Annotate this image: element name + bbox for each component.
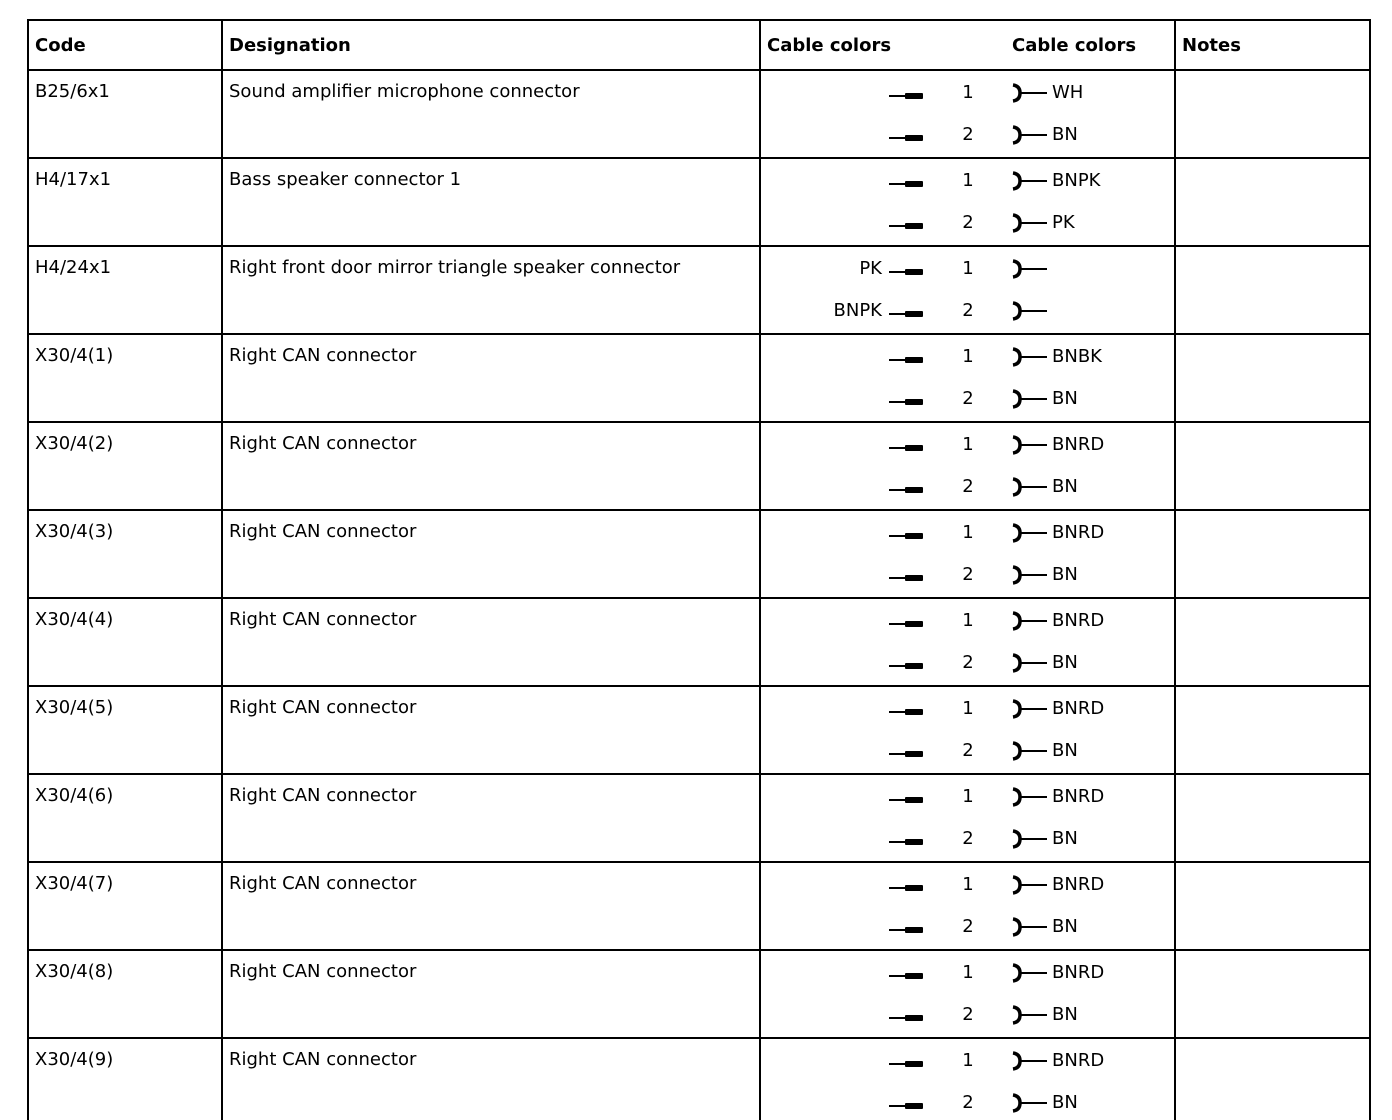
connector-designation: Right CAN connector bbox=[222, 1038, 760, 1120]
pin-assignments: PK 1 BNPK 2 bbox=[760, 246, 1175, 334]
female-socket-icon bbox=[1011, 652, 1049, 674]
pin-number: 1 bbox=[961, 434, 975, 455]
male-pin-icon bbox=[889, 445, 925, 451]
connector-designation: Right CAN connector bbox=[222, 774, 760, 862]
socket-side-wire-color: BN bbox=[1052, 652, 1078, 673]
connector-code: X30/4(4) bbox=[28, 598, 222, 686]
female-socket-icon bbox=[1011, 300, 1049, 322]
socket-side-wire-color: BNBK bbox=[1052, 346, 1102, 367]
connector-designation: Right CAN connector bbox=[222, 862, 760, 950]
male-pin-icon bbox=[889, 311, 925, 317]
pin-number: 1 bbox=[961, 874, 975, 895]
pin-list: PK 1 BNPK 2 bbox=[761, 247, 1174, 333]
male-pin-icon bbox=[889, 1103, 925, 1109]
female-socket-icon bbox=[1011, 82, 1049, 104]
female-socket-icon bbox=[1011, 564, 1049, 586]
table-row: X30/4(1) Right CAN connector 1 BNBK 2 BN bbox=[28, 334, 1370, 422]
table-row: X30/4(2) Right CAN connector 1 BNRD 2 BN bbox=[28, 422, 1370, 510]
male-pin-icon bbox=[889, 751, 925, 757]
pin-list: 1 BNRD 2 BN bbox=[761, 687, 1174, 773]
table-row: X30/4(8) Right CAN connector 1 BNRD 2 BN bbox=[28, 950, 1370, 1038]
pin-row: 1 BNRD bbox=[761, 425, 1174, 467]
female-socket-icon bbox=[1011, 610, 1049, 632]
pin-number: 2 bbox=[961, 740, 975, 761]
connector-designation: Right CAN connector bbox=[222, 510, 760, 598]
notes-cell bbox=[1175, 246, 1370, 334]
male-pin-icon bbox=[889, 1061, 925, 1067]
notes-cell bbox=[1175, 334, 1370, 422]
male-pin-icon bbox=[889, 927, 925, 933]
pin-list: 1 BNRD 2 BN bbox=[761, 599, 1174, 685]
connector-designation: Right front door mirror triangle speaker… bbox=[222, 246, 760, 334]
notes-cell bbox=[1175, 158, 1370, 246]
pin-number: 2 bbox=[961, 828, 975, 849]
female-socket-icon bbox=[1011, 962, 1049, 984]
pin-list: 1 BNRD 2 BN bbox=[761, 951, 1174, 1037]
male-pin-icon bbox=[889, 885, 925, 891]
female-socket-icon bbox=[1011, 1092, 1049, 1114]
pin-number: 2 bbox=[961, 300, 975, 321]
pin-assignments: 1 BNRD 2 BN bbox=[760, 1038, 1175, 1120]
socket-side-wire-color: BN bbox=[1052, 476, 1078, 497]
pin-number: 2 bbox=[961, 652, 975, 673]
header-cable-colors-right: Cable colors bbox=[1012, 35, 1136, 56]
pin-list: 1 BNRD 2 BN bbox=[761, 1039, 1174, 1120]
socket-side-wire-color: BNRD bbox=[1052, 522, 1104, 543]
socket-side-wire-color: BN bbox=[1052, 388, 1078, 409]
pin-row: 1 BNRD bbox=[761, 777, 1174, 819]
notes-cell bbox=[1175, 950, 1370, 1038]
female-socket-icon bbox=[1011, 828, 1049, 850]
notes-cell bbox=[1175, 598, 1370, 686]
pin-row: 1 WH bbox=[761, 73, 1174, 115]
connector-code: H4/17x1 bbox=[28, 158, 222, 246]
pin-assignments: 1 BNRD 2 BN bbox=[760, 686, 1175, 774]
pin-assignments: 1 BNBK 2 BN bbox=[760, 334, 1175, 422]
connector-code: X30/4(6) bbox=[28, 774, 222, 862]
socket-side-wire-color: BN bbox=[1052, 916, 1078, 937]
pin-number: 2 bbox=[961, 916, 975, 937]
notes-cell bbox=[1175, 422, 1370, 510]
female-socket-icon bbox=[1011, 916, 1049, 938]
pin-row: 1 BNBK bbox=[761, 337, 1174, 379]
socket-side-wire-color: BN bbox=[1052, 1092, 1078, 1113]
socket-side-wire-color: BNRD bbox=[1052, 698, 1104, 719]
male-pin-icon bbox=[889, 135, 925, 141]
pin-number: 2 bbox=[961, 1092, 975, 1113]
pin-list: 1 WH 2 BN bbox=[761, 71, 1174, 157]
male-pin-icon bbox=[889, 973, 925, 979]
socket-side-wire-color: BNRD bbox=[1052, 1050, 1104, 1071]
pin-assignments: 1 WH 2 BN bbox=[760, 70, 1175, 158]
table-row: X30/4(6) Right CAN connector 1 BNRD 2 BN bbox=[28, 774, 1370, 862]
pin-list: 1 BNBK 2 BN bbox=[761, 335, 1174, 421]
connector-designation: Right CAN connector bbox=[222, 422, 760, 510]
pin-row: 1 BNRD bbox=[761, 689, 1174, 731]
pin-row: 2 BN bbox=[761, 1083, 1174, 1120]
connector-code: X30/4(1) bbox=[28, 334, 222, 422]
socket-side-wire-color: BNRD bbox=[1052, 610, 1104, 631]
pin-number: 2 bbox=[961, 1004, 975, 1025]
connector-table: Code Designation Cable colors Cable colo… bbox=[27, 19, 1371, 1120]
connector-code: X30/4(5) bbox=[28, 686, 222, 774]
female-socket-icon bbox=[1011, 346, 1049, 368]
notes-cell bbox=[1175, 510, 1370, 598]
plug-side-wire-color: BNPK bbox=[834, 300, 882, 321]
male-pin-icon bbox=[889, 181, 925, 187]
pin-row: PK 1 bbox=[761, 249, 1174, 291]
connector-designation: Right CAN connector bbox=[222, 598, 760, 686]
male-pin-icon bbox=[889, 533, 925, 539]
connector-code: X30/4(8) bbox=[28, 950, 222, 1038]
pin-number: 1 bbox=[961, 786, 975, 807]
pin-assignments: 1 BNPK 2 PK bbox=[760, 158, 1175, 246]
female-socket-icon bbox=[1011, 1004, 1049, 1026]
connector-designation: Right CAN connector bbox=[222, 334, 760, 422]
male-pin-icon bbox=[889, 709, 925, 715]
pin-row: BNPK 2 bbox=[761, 291, 1174, 333]
male-pin-icon bbox=[889, 621, 925, 627]
pin-row: 1 BNRD bbox=[761, 1041, 1174, 1083]
female-socket-icon bbox=[1011, 124, 1049, 146]
pin-number: 1 bbox=[961, 610, 975, 631]
male-pin-icon bbox=[889, 797, 925, 803]
socket-side-wire-color: BNRD bbox=[1052, 786, 1104, 807]
table-row: H4/17x1 Bass speaker connector 1 1 BNPK … bbox=[28, 158, 1370, 246]
pin-assignments: 1 BNRD 2 BN bbox=[760, 598, 1175, 686]
male-pin-icon bbox=[889, 399, 925, 405]
male-pin-icon bbox=[889, 575, 925, 581]
female-socket-icon bbox=[1011, 258, 1049, 280]
table-row: X30/4(5) Right CAN connector 1 BNRD 2 BN bbox=[28, 686, 1370, 774]
socket-side-wire-color: BNPK bbox=[1052, 170, 1100, 191]
pin-number: 1 bbox=[961, 522, 975, 543]
pin-number: 1 bbox=[961, 346, 975, 367]
socket-side-wire-color: BN bbox=[1052, 124, 1078, 145]
socket-side-wire-color: PK bbox=[1052, 212, 1075, 233]
pin-assignments: 1 BNRD 2 BN bbox=[760, 862, 1175, 950]
male-pin-icon bbox=[889, 269, 925, 275]
socket-side-wire-color: BN bbox=[1052, 1004, 1078, 1025]
notes-cell bbox=[1175, 686, 1370, 774]
pin-assignments: 1 BNRD 2 BN bbox=[760, 950, 1175, 1038]
female-socket-icon bbox=[1011, 388, 1049, 410]
pin-assignments: 1 BNRD 2 BN bbox=[760, 422, 1175, 510]
pin-row: 2 BN bbox=[761, 907, 1174, 949]
table-row: X30/4(4) Right CAN connector 1 BNRD 2 BN bbox=[28, 598, 1370, 686]
pin-row: 2 PK bbox=[761, 203, 1174, 245]
male-pin-icon bbox=[889, 663, 925, 669]
socket-side-wire-color: BNRD bbox=[1052, 434, 1104, 455]
female-socket-icon bbox=[1011, 1050, 1049, 1072]
female-socket-icon bbox=[1011, 434, 1049, 456]
female-socket-icon bbox=[1011, 522, 1049, 544]
pin-row: 2 BN bbox=[761, 555, 1174, 597]
female-socket-icon bbox=[1011, 786, 1049, 808]
pin-number: 2 bbox=[961, 476, 975, 497]
pin-number: 2 bbox=[961, 212, 975, 233]
female-socket-icon bbox=[1011, 698, 1049, 720]
pin-row: 2 BN bbox=[761, 819, 1174, 861]
pin-row: 2 BN bbox=[761, 643, 1174, 685]
table-row: X30/4(9) Right CAN connector 1 BNRD 2 BN bbox=[28, 1038, 1370, 1120]
table-row: X30/4(7) Right CAN connector 1 BNRD 2 BN bbox=[28, 862, 1370, 950]
pin-number: 1 bbox=[961, 82, 975, 103]
pin-row: 2 BN bbox=[761, 995, 1174, 1037]
pin-list: 1 BNRD 2 BN bbox=[761, 775, 1174, 861]
connector-code: X30/4(9) bbox=[28, 1038, 222, 1120]
pin-assignments: 1 BNRD 2 BN bbox=[760, 774, 1175, 862]
pin-row: 1 BNRD bbox=[761, 865, 1174, 907]
connector-designation: Bass speaker connector 1 bbox=[222, 158, 760, 246]
female-socket-icon bbox=[1011, 170, 1049, 192]
pin-row: 1 BNRD bbox=[761, 601, 1174, 643]
socket-side-wire-color: BN bbox=[1052, 564, 1078, 585]
table-row: X30/4(3) Right CAN connector 1 BNRD 2 BN bbox=[28, 510, 1370, 598]
male-pin-icon bbox=[889, 93, 925, 99]
pin-list: 1 BNRD 2 BN bbox=[761, 511, 1174, 597]
pin-number: 2 bbox=[961, 124, 975, 145]
connector-designation: Right CAN connector bbox=[222, 950, 760, 1038]
male-pin-icon bbox=[889, 1015, 925, 1021]
socket-side-wire-color: BNRD bbox=[1052, 874, 1104, 895]
header-cable-colors: Cable colors Cable colors bbox=[760, 20, 1175, 70]
notes-cell bbox=[1175, 70, 1370, 158]
pin-row: 1 BNRD bbox=[761, 513, 1174, 555]
pin-number: 1 bbox=[961, 258, 975, 279]
table-row: H4/24x1 Right front door mirror triangle… bbox=[28, 246, 1370, 334]
female-socket-icon bbox=[1011, 740, 1049, 762]
pin-row: 1 BNRD bbox=[761, 953, 1174, 995]
connector-code: X30/4(3) bbox=[28, 510, 222, 598]
pin-number: 2 bbox=[961, 564, 975, 585]
connector-designation: Right CAN connector bbox=[222, 686, 760, 774]
pin-number: 2 bbox=[961, 388, 975, 409]
pin-row: 2 BN bbox=[761, 115, 1174, 157]
header-code: Code bbox=[28, 20, 222, 70]
connector-designation: Sound amplifier microphone connector bbox=[222, 70, 760, 158]
female-socket-icon bbox=[1011, 476, 1049, 498]
socket-side-wire-color: BN bbox=[1052, 740, 1078, 761]
female-socket-icon bbox=[1011, 212, 1049, 234]
notes-cell bbox=[1175, 774, 1370, 862]
header-notes: Notes bbox=[1175, 20, 1370, 70]
pin-row: 2 BN bbox=[761, 379, 1174, 421]
connector-code: H4/24x1 bbox=[28, 246, 222, 334]
female-socket-icon bbox=[1011, 874, 1049, 896]
table-row: B25/6x1 Sound amplifier microphone conne… bbox=[28, 70, 1370, 158]
pin-row: 2 BN bbox=[761, 731, 1174, 773]
pin-list: 1 BNRD 2 BN bbox=[761, 863, 1174, 949]
male-pin-icon bbox=[889, 223, 925, 229]
pin-row: 2 BN bbox=[761, 467, 1174, 509]
pin-list: 1 BNRD 2 BN bbox=[761, 423, 1174, 509]
notes-cell bbox=[1175, 862, 1370, 950]
socket-side-wire-color: BN bbox=[1052, 828, 1078, 849]
socket-side-wire-color: BNRD bbox=[1052, 962, 1104, 983]
male-pin-icon bbox=[889, 357, 925, 363]
header-cable-colors-left: Cable colors bbox=[767, 35, 891, 56]
pin-number: 1 bbox=[961, 170, 975, 191]
notes-cell bbox=[1175, 1038, 1370, 1120]
table-header-row: Code Designation Cable colors Cable colo… bbox=[28, 20, 1370, 70]
connector-code: X30/4(7) bbox=[28, 862, 222, 950]
connector-code: B25/6x1 bbox=[28, 70, 222, 158]
connector-table-document: Code Designation Cable colors Cable colo… bbox=[27, 19, 1369, 1120]
pin-number: 1 bbox=[961, 1050, 975, 1071]
pin-number: 1 bbox=[961, 962, 975, 983]
pin-number: 1 bbox=[961, 698, 975, 719]
pin-row: 1 BNPK bbox=[761, 161, 1174, 203]
connector-code: X30/4(2) bbox=[28, 422, 222, 510]
male-pin-icon bbox=[889, 839, 925, 845]
socket-side-wire-color: WH bbox=[1052, 82, 1083, 103]
header-designation: Designation bbox=[222, 20, 760, 70]
pin-list: 1 BNPK 2 PK bbox=[761, 159, 1174, 245]
male-pin-icon bbox=[889, 487, 925, 493]
plug-side-wire-color: PK bbox=[859, 258, 882, 279]
pin-assignments: 1 BNRD 2 BN bbox=[760, 510, 1175, 598]
